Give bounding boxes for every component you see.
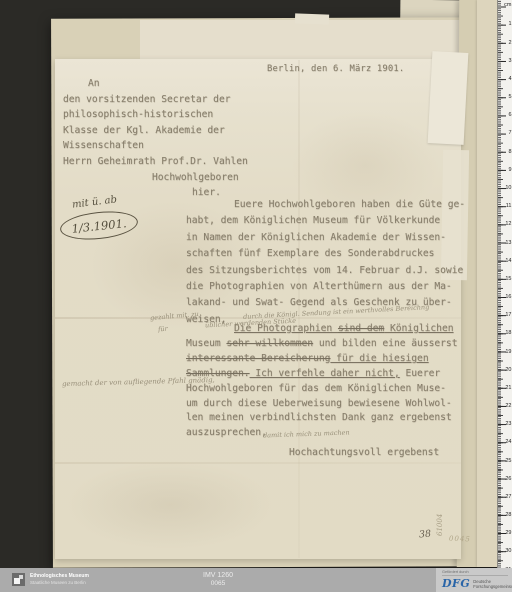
struck-text: sehr willkommen (226, 338, 313, 349)
faint-corner-number: 0045 (449, 535, 471, 544)
ruler-number: 25 (505, 458, 511, 464)
reference-number: IMV 1260 0065 (0, 571, 436, 588)
ruler-number: 14 (505, 258, 511, 264)
body-line: die Photographien von Alterthümern aus d… (186, 279, 465, 295)
dfg-logo-block: Gefördert durch DFG Deutsche Forschungsg… (436, 568, 512, 592)
address-line: Herrn Geheimrath Prof.Dr. Vahlen (63, 154, 248, 170)
ruler-number: 3 (508, 58, 511, 64)
scanned-letter-page: Berlin, den 6. März 1901. An den vorsitz… (0, 0, 512, 592)
paper-fold-strip-outer (477, 0, 498, 567)
letter-address-block: An den vorsitzenden Secretar der philoso… (63, 76, 248, 201)
address-line: Hochwohlgeboren (63, 170, 248, 186)
ruler-number: 6 (508, 112, 511, 118)
body-line: interessante Bereicherung für die hiesig… (186, 352, 457, 367)
ruler-number: 29 (505, 530, 511, 536)
ruler-number: 8 (508, 149, 511, 155)
ruler-number: 26 (505, 476, 511, 482)
ruler-number: 28 (505, 512, 511, 518)
body-line: len meinen verbindlichsten Dank ganz erg… (186, 411, 457, 426)
ruler-number: 12 (505, 221, 511, 227)
address-line: philosophisch-historischen (63, 107, 248, 123)
ruler-number: 30 (505, 548, 511, 554)
address-line: An (63, 76, 248, 92)
underlined-text: für die hiesigen (330, 353, 428, 364)
ruler-number: 13 (505, 240, 511, 246)
ruler-number: 4 (508, 76, 511, 82)
body-line: des Sitzungsberichtes vom 14. Februar d.… (186, 263, 465, 279)
ruler-number: 22 (505, 403, 511, 409)
underlined-text: Ich verfehle daher nicht, (250, 368, 400, 379)
dfg-logo: DFG Deutsche Forschungsgemeinschaft (442, 578, 508, 589)
ruler-number: 16 (505, 294, 511, 300)
body-line: Museum sehr willkommen und bilden eine ä… (186, 337, 457, 352)
struck-text: sind dem (338, 323, 384, 334)
address-line: Wissenschaften (63, 138, 248, 154)
letter-date: Berlin, den 6. März 1901. (267, 61, 404, 77)
body-text: Museum (186, 338, 226, 349)
body-text: und bilden eine äusserst (313, 338, 457, 349)
letter-paragraph-2: Die Photographien sind dem Königlichen M… (186, 322, 457, 441)
ruler-number: 5 (508, 94, 511, 100)
underlined-text: Königlichen (384, 323, 453, 334)
cm-ruler: cm12345678910111213141516171819202122232… (497, 0, 512, 568)
address-line: Klasse der Kgl. Akademie der (63, 123, 248, 139)
ruler-number: 7 (508, 130, 511, 136)
dfg-name-line: Forschungsgemeinschaft (473, 584, 512, 589)
ruler-number: 11 (506, 203, 512, 209)
dfg-name: Deutsche Forschungsgemeinschaft (473, 579, 512, 589)
funder-caption: Gefördert durch (442, 570, 508, 576)
ruler-number: 19 (505, 349, 511, 355)
body-line: habt, dem Königlichen Museum für Völkerk… (186, 213, 465, 229)
ruler-unit-label: cm (504, 2, 511, 8)
body-line: um durch diese Ueberweisung bewiesene Wo… (186, 397, 457, 412)
body-line: in Namen der Königlichen Akademie der Wi… (186, 230, 465, 246)
ruler-number: 27 (505, 494, 511, 500)
letter-closing: Hochachtungsvoll ergebenst (289, 445, 439, 461)
ruler-number: 2 (508, 40, 511, 46)
dfg-abbr: DFG (442, 578, 470, 589)
ruler-number: 23 (505, 421, 511, 427)
inventory-number: IMV 1260 (0, 571, 436, 580)
ruler-number: 21 (505, 385, 511, 391)
paper-top-band (140, 20, 462, 62)
ruler-number: 24 (505, 439, 511, 445)
ruler-number: 10 (505, 185, 511, 191)
handwritten-page-number: 38 (419, 528, 432, 540)
ruler-number: 18 (505, 330, 511, 336)
torn-paper-piece (428, 51, 469, 145)
fold-crease (55, 462, 461, 464)
ruler-number: 15 (505, 276, 511, 282)
handwritten-side-number: 61004 (436, 482, 445, 536)
body-line: schaften fünf Exemplare des Sonderabdruc… (186, 246, 465, 262)
handwritten-margin-note-2: für (158, 325, 168, 334)
paper-tab (295, 13, 329, 24)
ruler-number: 20 (505, 367, 511, 373)
ruler-number: 9 (508, 167, 511, 173)
ruler-number: 17 (505, 312, 511, 318)
scan-number: 0065 (0, 580, 436, 588)
body-line: Euere Hochwohlgeboren haben die Güte ge- (186, 197, 465, 213)
struck-text: interessante Bereicherung (186, 353, 330, 364)
body-text: Euerer (400, 368, 440, 379)
ruler-number: 1 (508, 21, 511, 27)
body-line: Hochwohlgeboren für das dem Königlichen … (186, 382, 457, 397)
footer-bar: Ethnologisches Museum Staatliche Museen … (0, 568, 512, 592)
address-line: den vorsitzenden Secretar der (63, 92, 248, 108)
body-line: Sammlungen. Ich verfehle daher nicht, Eu… (186, 367, 457, 382)
